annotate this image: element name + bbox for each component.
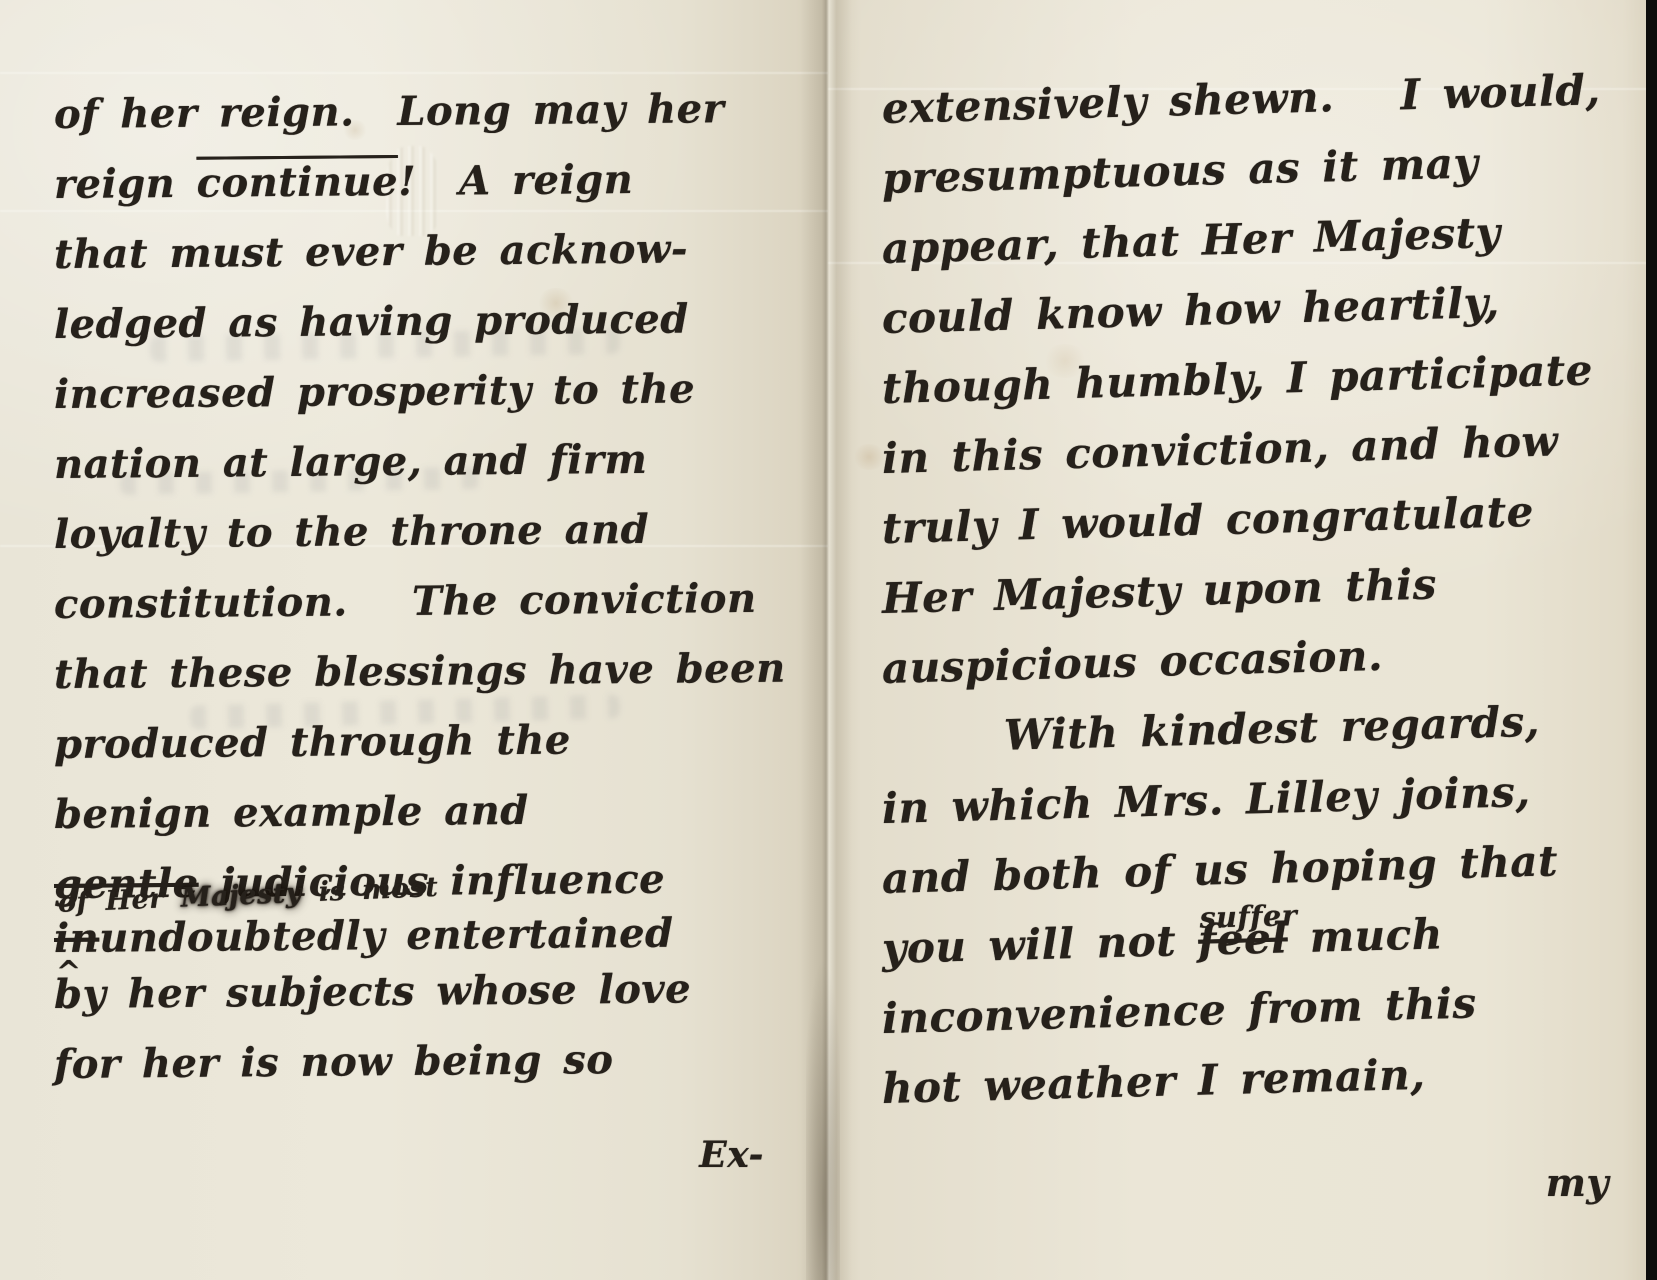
handwriting-segment: continue — [196, 158, 398, 207]
handwriting-segment: increased prosperity to the — [54, 365, 695, 418]
handwriting-segment: my — [1546, 1160, 1609, 1205]
manuscript-line: of her reign. Long may her — [54, 73, 883, 150]
manuscript-line: increased prosperity to the — [54, 353, 883, 430]
handwriting-segment: ledged as having produced — [54, 295, 689, 348]
handwriting-segment: by her subjects whose love — [54, 965, 691, 1018]
handwriting-segment: extensively shewn. I would, — [881, 65, 1601, 133]
handwriting-segment: nation at large, and firm — [54, 436, 648, 488]
handwriting-segment: produced through the — [54, 716, 571, 768]
manuscript-line: loyalty to the throne and — [54, 493, 883, 570]
handwriting-segment: ! A reign — [398, 156, 634, 205]
manuscript-line: produced through the — [54, 703, 883, 780]
manuscript-line: benign example and — [54, 773, 883, 850]
page-left: of her reign. Long may herreign continue… — [0, 0, 828, 1280]
handwriting-segment: With kindest regards, — [1003, 697, 1540, 760]
handwriting-segment: truly I would congratulate — [881, 487, 1534, 553]
handwriting-segment: reign — [54, 160, 197, 208]
handwriting-segment: could know how heartily, — [881, 278, 1500, 343]
handwriting-left: of her reign. Long may herreign continue… — [0, 0, 916, 1190]
handwriting-segment: much — [1287, 909, 1443, 962]
handwriting-segment: of her reign. Long may her — [54, 85, 725, 138]
handwriting-segment: in this conviction, and how — [881, 416, 1558, 483]
handwriting-segment: in which Mrs. Lilley joins, — [881, 767, 1531, 833]
handwriting-segment: appear, that Her Majesty — [881, 208, 1501, 273]
handwriting-segment: loyalty to the throne and — [54, 506, 650, 558]
interlinear-insertion: suffer — [1199, 880, 1298, 953]
handwriting-segment: hot weather I remain, — [881, 1050, 1426, 1113]
page-right: extensively shewn. I would,presumptuous … — [828, 0, 1647, 1280]
manuscript-line: ledged as having produced — [54, 283, 883, 360]
handwriting-segment: constitution. The conviction — [54, 575, 757, 628]
handwriting-segment: inconvenience from this — [881, 978, 1477, 1043]
manuscript-line: by her subjects whose love — [54, 953, 883, 1030]
letter-scan: of her reign. Long may herreign continue… — [0, 0, 1657, 1280]
handwriting-segment: Her Majesty upon this — [881, 559, 1437, 623]
handwriting-segment: that must ever be acknow- — [54, 225, 688, 278]
handwriting-segment: though humbly, I participate — [881, 345, 1593, 413]
scan-edge — [1646, 0, 1657, 1280]
handwriting-segment: you will not — [881, 916, 1198, 973]
handwriting-segment: auspicious occasion. — [881, 631, 1383, 693]
handwriting-segment: benign example and — [54, 787, 529, 838]
handwriting-segment: for her is now being so — [54, 1036, 614, 1088]
handwriting-segment: presumptuous as it may — [881, 138, 1479, 203]
handwriting-segment: Ex- — [699, 1134, 764, 1176]
catchword: Ex- — [54, 1120, 882, 1190]
catchword: my — [882, 1148, 1657, 1218]
manuscript-line: that these blessings have been — [54, 633, 883, 710]
manuscript-line: for her is now being so — [54, 1023, 883, 1100]
corrected-word: sufferfeel — [1197, 903, 1288, 975]
manuscript-line: constitution. The conviction — [54, 563, 883, 640]
manuscript-line: reign continue! A reign — [54, 143, 883, 220]
manuscript-line: nation at large, and firm — [54, 423, 883, 500]
handwriting-right: extensively shewn. I would,presumptuous … — [828, 0, 1657, 1218]
handwriting-segment: that these blessings have been — [54, 645, 786, 698]
manuscript-line: that must ever be acknow- — [54, 213, 883, 290]
